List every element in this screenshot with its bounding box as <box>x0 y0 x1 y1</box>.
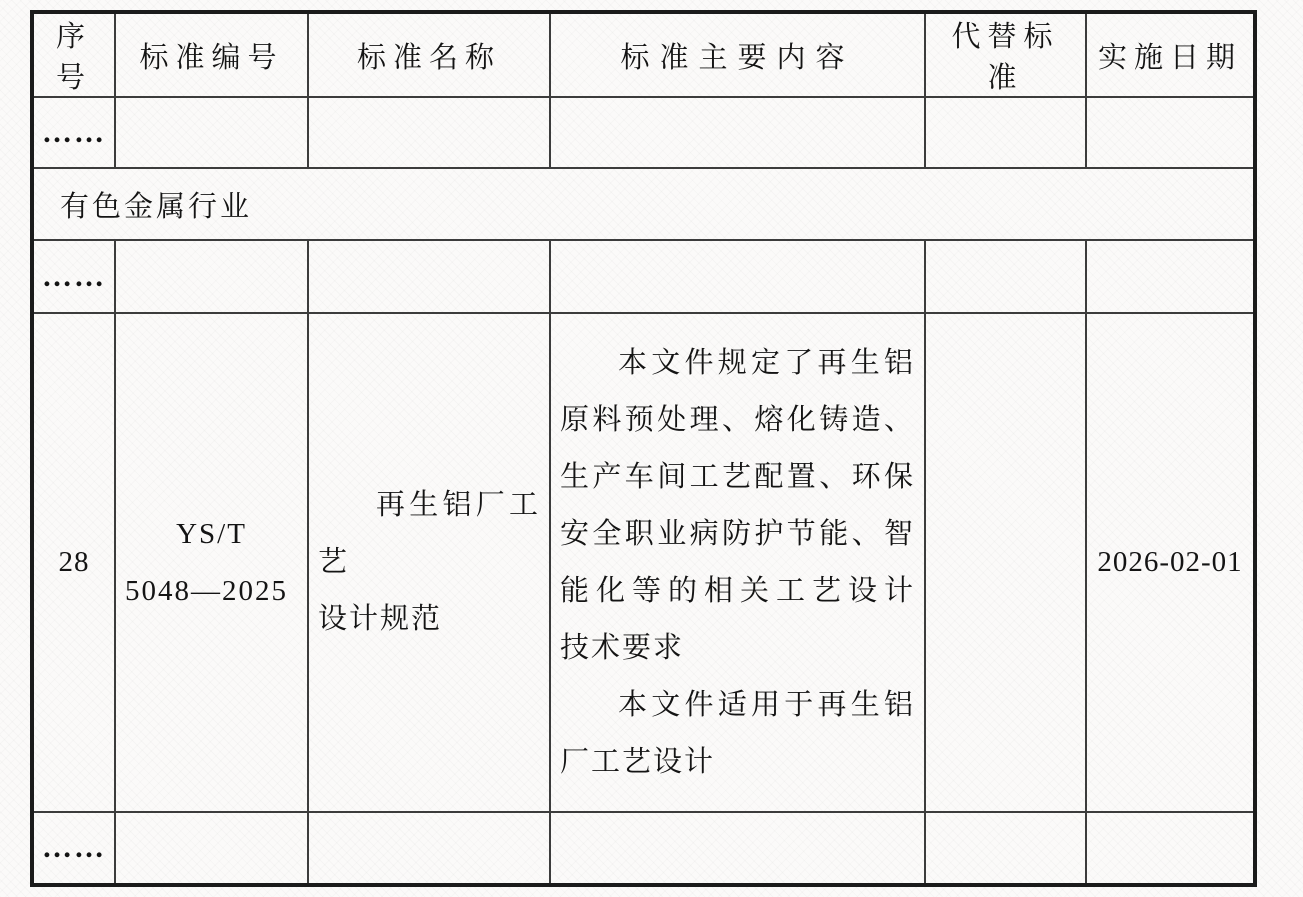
content-line: 安全职业病防护节能、智 <box>560 506 915 563</box>
standard-name-line-2: 设计规范 <box>318 591 540 648</box>
header-main-content: 标准主要内容 <box>550 12 925 97</box>
standards-table: 序号 标准编号 标准名称 标准主要内容 代替标准 实施日期 …… 有色金属行业 … <box>30 10 1257 887</box>
empty-cell <box>115 812 308 885</box>
entry-standard-code: YS/T 5048—2025 <box>115 313 308 812</box>
industry-section-label: 有色金属行业 <box>32 168 1255 240</box>
content-line: 生产车间工艺配置、环保 <box>560 449 915 506</box>
empty-cell <box>925 97 1086 168</box>
empty-cell <box>115 240 308 313</box>
entry-implementation-date: 2026-02-01 <box>1086 313 1255 812</box>
header-standard-name: 标准名称 <box>308 12 550 97</box>
empty-cell <box>308 240 550 313</box>
standard-entry-row: 28 YS/T 5048—2025 再生铝厂工艺 设计规范 本文件规定了再生铝 … <box>32 313 1255 812</box>
ellipsis-row-middle: …… <box>32 240 1255 313</box>
header-implementation-date: 实施日期 <box>1086 12 1255 97</box>
empty-cell <box>925 812 1086 885</box>
standards-table-wrapper: 序号 标准编号 标准名称 标准主要内容 代替标准 实施日期 …… 有色金属行业 … <box>30 10 1257 887</box>
ellipsis-cell: …… <box>32 812 115 885</box>
ellipsis-row-top: …… <box>32 97 1255 168</box>
content-line: 本文件适用于再生铝 <box>560 677 915 734</box>
ellipsis-row-bottom: …… <box>32 812 1255 885</box>
content-line: 技术要求 <box>560 620 915 677</box>
empty-cell <box>1086 812 1255 885</box>
content-line: 原料预处理、熔化铸造、 <box>560 392 915 449</box>
content-line: 本文件规定了再生铝 <box>560 335 915 392</box>
entry-replaced-standard <box>925 313 1086 812</box>
content-line: 能化等的相关工艺设计 <box>560 563 915 620</box>
empty-cell <box>550 812 925 885</box>
industry-section-row: 有色金属行业 <box>32 168 1255 240</box>
table-header-row: 序号 标准编号 标准名称 标准主要内容 代替标准 实施日期 <box>32 12 1255 97</box>
header-standard-code: 标准编号 <box>115 12 308 97</box>
entry-no: 28 <box>32 313 115 812</box>
empty-cell <box>1086 97 1255 168</box>
ellipsis-cell: …… <box>32 97 115 168</box>
empty-cell <box>925 240 1086 313</box>
header-replaced-standard: 代替标准 <box>925 12 1086 97</box>
content-line: 厂工艺设计 <box>560 734 915 791</box>
entry-main-content: 本文件规定了再生铝 原料预处理、熔化铸造、 生产车间工艺配置、环保 安全职业病防… <box>550 313 925 812</box>
empty-cell <box>115 97 308 168</box>
empty-cell <box>550 240 925 313</box>
standard-code-line-1: YS/T <box>125 506 298 563</box>
empty-cell <box>550 97 925 168</box>
standard-code-line-2: 5048—2025 <box>125 563 298 620</box>
entry-standard-name: 再生铝厂工艺 设计规范 <box>308 313 550 812</box>
header-no: 序号 <box>32 12 115 97</box>
empty-cell <box>308 812 550 885</box>
empty-cell <box>308 97 550 168</box>
ellipsis-cell: …… <box>32 240 115 313</box>
standard-name-line-1: 再生铝厂工艺 <box>318 477 540 591</box>
empty-cell <box>1086 240 1255 313</box>
